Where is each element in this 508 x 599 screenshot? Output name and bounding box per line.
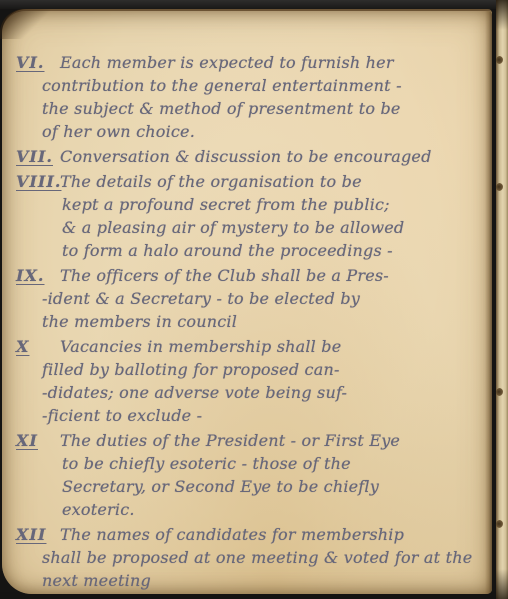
rule-entry-x: X Vacancies in membership shall be fille… (16, 335, 484, 427)
rule-line: -ident & a Secretary - to be elected by (42, 287, 484, 310)
rule-numeral: VIII. (16, 170, 61, 193)
rule-line: Secretary, or Second Eye to be chiefly (62, 475, 484, 498)
stitch-mark (495, 182, 504, 192)
rule-entry-xii: XII The names of candidates for membersh… (16, 523, 484, 592)
rule-line: -didates; one adverse vote being suf- (42, 381, 484, 404)
rule-line: kept a profound secret from the public; (62, 193, 484, 216)
rule-line: The details of the organisation to be (60, 170, 484, 193)
rule-line: & a pleasing air of mystery to be allowe… (62, 216, 484, 239)
rule-numeral: X (16, 335, 29, 358)
rule-line: The names of candidates for membership (60, 523, 484, 546)
rule-line: Each member is expected to furnish her (60, 51, 484, 74)
rule-line: Conversation & discussion to be encourag… (60, 145, 484, 168)
rule-numeral: XI (16, 429, 38, 452)
rule-line: to be chiefly esoteric - those of the (62, 452, 484, 475)
stitch-mark (495, 387, 504, 397)
rule-line: the members in council (42, 310, 484, 333)
manuscript-text: VI. Each member is expected to furnish h… (16, 51, 484, 594)
rule-entry-ix: IX. The officers of the Club shall be a … (16, 264, 484, 333)
rule-numeral: VI. (16, 51, 44, 74)
rule-line: the subject & method of presentment to b… (42, 97, 484, 120)
rule-numeral: VII. (16, 145, 53, 168)
rule-line: -ficient to exclude - (42, 404, 484, 427)
rule-entry-viii: VIII. The details of the organisation to… (16, 170, 484, 262)
rule-line: contribution to the general entertainmen… (42, 74, 484, 97)
rule-entry-vi: VI. Each member is expected to furnish h… (16, 51, 484, 143)
rule-line: next meeting (42, 569, 484, 592)
rule-line: filled by balloting for proposed can- (42, 358, 484, 381)
rule-line: of her own choice. (42, 120, 484, 143)
rule-line: shall be proposed at one meeting & voted… (42, 546, 484, 569)
rule-entry-vii: VII. Conversation & discussion to be enc… (16, 145, 484, 168)
rule-line: Vacancies in membership shall be (60, 335, 484, 358)
page-binding-edge (496, 0, 508, 599)
scan-background-top (0, 0, 508, 9)
notebook-page: VI. Each member is expected to furnish h… (2, 9, 492, 594)
stitch-mark (495, 55, 504, 65)
stitch-mark (495, 519, 504, 529)
rule-numeral: XII (16, 523, 46, 546)
rule-line: The officers of the Club shall be a Pres… (60, 264, 484, 287)
rule-line: exoteric. (62, 498, 484, 521)
rule-numeral: IX. (16, 264, 44, 287)
rule-line: The duties of the President - or First E… (60, 429, 484, 452)
rule-line: to form a halo around the proceedings - (62, 239, 484, 262)
rule-entry-xi: XI The duties of the President - or Firs… (16, 429, 484, 521)
